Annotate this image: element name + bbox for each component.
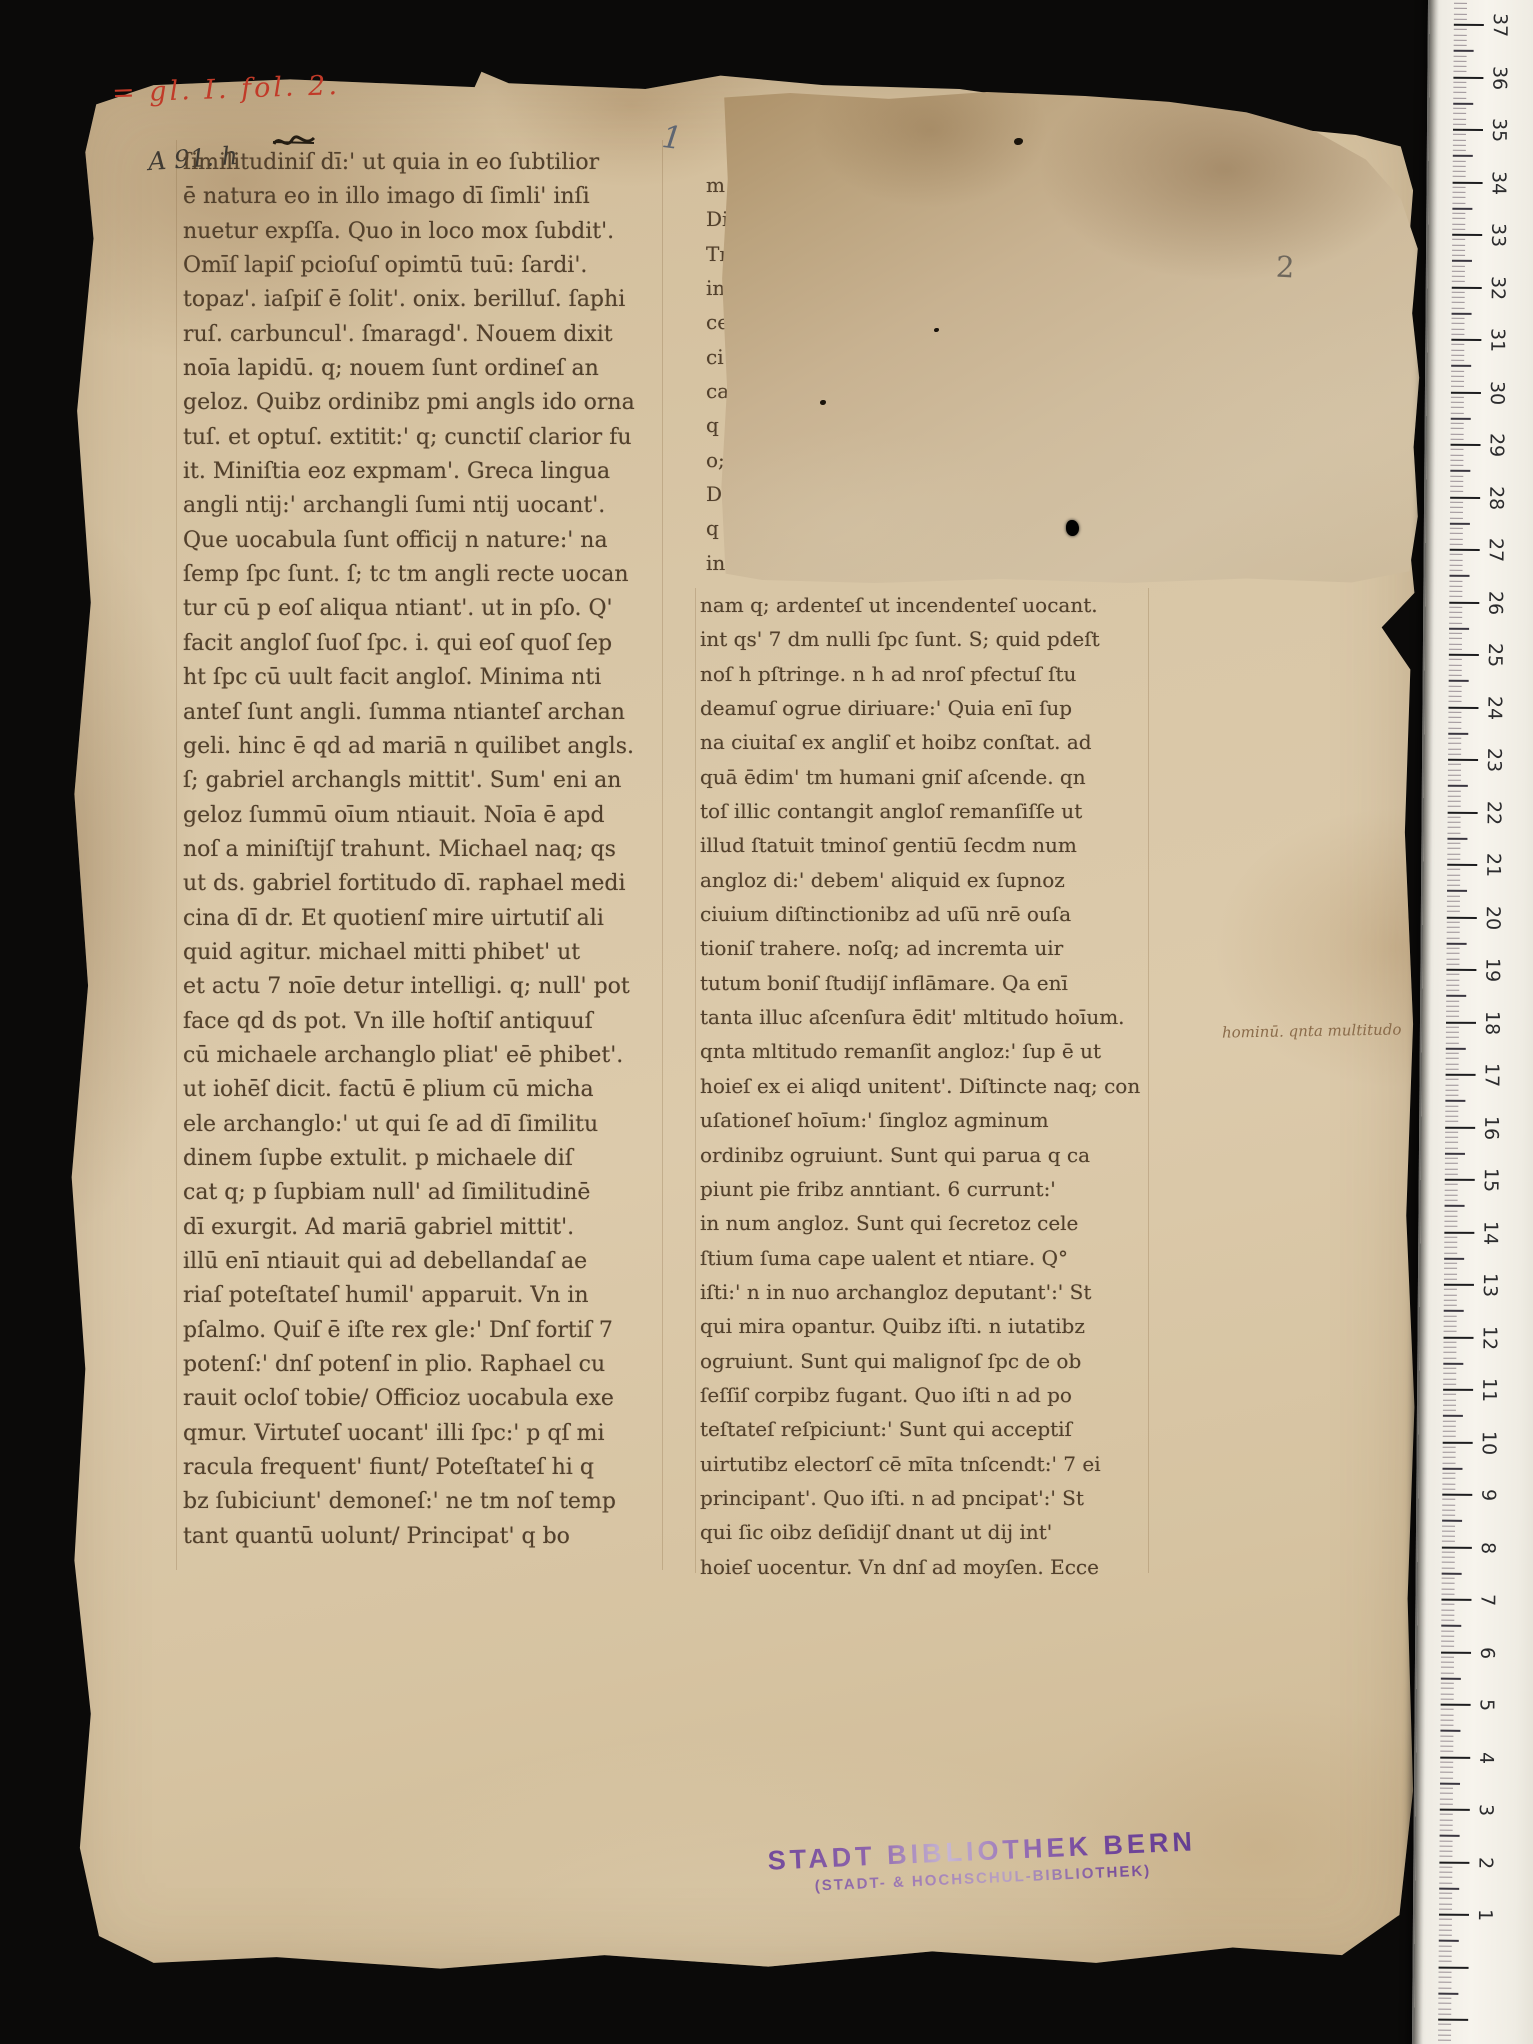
ruler-minor-tick — [1440, 1772, 1453, 1773]
ruler-minor-tick — [1448, 785, 1468, 787]
ruler-cm-tick — [1440, 1809, 1470, 1811]
ruler-minor-tick — [1441, 1646, 1454, 1647]
manuscript-line: ſemp ſpc ſunt. ſ; tc tm angli recte uoca… — [183, 558, 665, 592]
ruler-minor-tick — [1443, 1404, 1456, 1405]
ruler-minor-tick — [1446, 979, 1459, 980]
ruler-minor-tick — [1446, 1068, 1459, 1069]
ruler-minor-tick — [1445, 1210, 1458, 1211]
ruler-cm-tick — [1448, 811, 1478, 813]
ruler-minor-tick — [1443, 1431, 1456, 1432]
overlay-fragment-leaf — [720, 90, 1422, 586]
ruler-minor-tick — [1448, 806, 1461, 807]
ruler-minor-tick — [1451, 370, 1464, 371]
ruler-minor-tick — [1452, 307, 1465, 308]
ruler-cm-tick — [1441, 1704, 1471, 1706]
ruler-minor-tick — [1447, 832, 1460, 833]
ruler-minor-tick — [1442, 1541, 1455, 1542]
ruler-minor-tick — [1444, 1268, 1457, 1269]
ruler-minor-tick — [1440, 1819, 1453, 1820]
ruler-minor-tick — [1449, 627, 1469, 629]
ruler-minor-tick — [1454, 13, 1467, 14]
ruler-minor-tick — [1443, 1357, 1456, 1358]
manuscript-line: tioniſ trahere. noſq; ad incremta uir — [700, 931, 1152, 965]
ruler-minor-tick — [1450, 570, 1463, 571]
ruler-number: 14 — [1478, 1220, 1502, 1244]
ruler-minor-tick — [1445, 1142, 1458, 1143]
ruler-minor-tick — [1445, 1205, 1465, 1207]
manuscript-line: ſtium ſuma cape ualent et ntiare. Q° — [700, 1241, 1152, 1275]
ruler-minor-tick — [1450, 486, 1463, 487]
ruler-minor-tick — [1449, 648, 1462, 649]
ruler-minor-tick — [1447, 937, 1460, 938]
ruler-minor-tick — [1447, 869, 1460, 870]
manuscript-line: na ciuitaſ ex angliſ et hoibz conſtat. a… — [700, 725, 1152, 759]
ruler-minor-tick — [1452, 302, 1465, 303]
ruler-minor-tick — [1442, 1483, 1455, 1484]
ruler-minor-tick — [1446, 995, 1466, 997]
ruler-number: 29 — [1484, 433, 1508, 457]
ruler-minor-tick — [1441, 1719, 1454, 1720]
ruler-minor-tick — [1453, 155, 1473, 157]
ruler-minor-tick — [1447, 874, 1460, 875]
ruler-minor-tick — [1439, 1935, 1452, 1936]
ruler-minor-tick — [1453, 171, 1466, 172]
ruler-minor-tick — [1450, 454, 1463, 455]
measuring-ruler: 3736353433323130292827262524232221201918… — [1412, 0, 1533, 2044]
ruler-minor-tick — [1452, 281, 1465, 282]
manuscript-line: cat q; p ſupbiam null' ad ſimilitudinē — [183, 1176, 665, 1210]
ruler-number: 23 — [1482, 748, 1506, 772]
ruler-minor-tick — [1447, 921, 1460, 922]
manuscript-line: nam q; ardenteſ ut incendenteſ uocant. — [700, 588, 1152, 622]
parchment-hole — [1066, 520, 1079, 536]
manuscript-line: et actu 7 noīe detur intelligi. q; null'… — [183, 970, 665, 1004]
ruler-number: 12 — [1477, 1325, 1501, 1349]
ruler-minor-tick — [1440, 1830, 1453, 1831]
ruler-cm-tick — [1447, 864, 1477, 866]
ruler-minor-tick — [1453, 102, 1473, 104]
ruler-minor-tick — [1440, 1735, 1453, 1736]
ruler-minor-tick — [1444, 1310, 1464, 1312]
ruler-minor-tick — [1440, 1824, 1453, 1825]
ruler-cm-tick — [1438, 2019, 1468, 2021]
ruler-minor-tick — [1439, 1851, 1452, 1852]
ruler-minor-tick — [1442, 1551, 1455, 1552]
ruler-minor-tick — [1450, 533, 1463, 534]
ruler-number: 16 — [1479, 1115, 1503, 1139]
ruler-minor-tick — [1450, 512, 1463, 513]
ruler-minor-tick — [1448, 801, 1461, 802]
ruler-minor-tick — [1442, 1588, 1455, 1589]
ruler-minor-tick — [1452, 260, 1472, 262]
ruler-minor-tick — [1454, 39, 1467, 40]
manuscript-line: topaz'. iaſpiſ ē ſolit'. onix. berilluſ.… — [183, 283, 665, 317]
ruler-minor-tick — [1447, 927, 1460, 928]
ruler-cm-tick — [1446, 1074, 1476, 1076]
ruler-minor-tick — [1445, 1095, 1458, 1096]
ruler-minor-tick — [1453, 113, 1466, 114]
ruler-minor-tick — [1449, 685, 1462, 686]
ruler-minor-tick — [1451, 428, 1464, 429]
ruler-minor-tick — [1446, 1000, 1459, 1001]
ruler-minor-tick — [1438, 2008, 1451, 2009]
manuscript-line: qui mira opantur. Quibz iſti. n iutatibz — [700, 1309, 1152, 1343]
ruler-minor-tick — [1443, 1410, 1456, 1411]
ruler-minor-tick — [1439, 1877, 1452, 1878]
ruler-minor-tick — [1444, 1226, 1457, 1227]
ruler-minor-tick — [1454, 45, 1467, 46]
ruler-minor-tick — [1448, 711, 1461, 712]
ruler-cm-tick — [1454, 24, 1484, 26]
ruler-minor-tick — [1441, 1714, 1454, 1715]
manuscript-line: ſimilitudiniſ dī:' ut quia in eo ſubtili… — [183, 146, 665, 180]
ruler-minor-tick — [1447, 837, 1467, 839]
ruler-minor-tick — [1440, 1777, 1453, 1778]
ruler-minor-tick — [1453, 176, 1466, 177]
ruler-minor-tick — [1438, 2003, 1451, 2004]
ruler-number: 20 — [1481, 905, 1505, 929]
ruler-minor-tick — [1442, 1530, 1455, 1531]
ruler-minor-tick — [1438, 2034, 1451, 2035]
ruler-minor-tick — [1443, 1373, 1456, 1374]
manuscript-line: principant'. Quo iſti. n ad pncipat':' S… — [700, 1481, 1152, 1515]
ruler-minor-tick — [1445, 1100, 1465, 1102]
ruler-minor-tick — [1444, 1294, 1457, 1295]
ruler-minor-tick — [1451, 349, 1464, 350]
ruler-minor-tick — [1449, 612, 1462, 613]
ruler-minor-tick — [1454, 8, 1467, 9]
ruler-number: 15 — [1479, 1168, 1503, 1192]
ruler-cm-tick — [1439, 1861, 1469, 1863]
ruler-number: 4 — [1474, 1745, 1498, 1769]
ruler-minor-tick — [1452, 291, 1465, 292]
ruler-minor-tick — [1448, 795, 1461, 796]
ruler-minor-tick — [1452, 239, 1465, 240]
ruler-minor-tick — [1448, 732, 1468, 734]
ruler-cm-tick — [1444, 1231, 1474, 1233]
ruler-minor-tick — [1440, 1803, 1453, 1804]
ruler-minor-tick — [1453, 87, 1466, 88]
ruler-cm-tick — [1449, 601, 1479, 603]
ruler-minor-tick — [1440, 1788, 1453, 1789]
ruler-minor-tick — [1451, 381, 1464, 382]
ruler-minor-tick — [1450, 480, 1463, 481]
ruler-minor-tick — [1453, 192, 1466, 193]
manuscript-line: hoieſ uocentur. Vn dnſ ad moyſen. Ecce — [700, 1550, 1152, 1584]
ruler-minor-tick — [1444, 1215, 1457, 1216]
ruler-minor-tick — [1444, 1263, 1457, 1264]
ruler-minor-tick — [1440, 1725, 1453, 1726]
ruler-minor-tick — [1451, 375, 1464, 376]
ruler-cm-tick — [1439, 1914, 1469, 1916]
ruler-minor-tick — [1448, 748, 1461, 749]
ruler-minor-tick — [1439, 1924, 1452, 1925]
ruler-minor-tick — [1445, 1110, 1458, 1111]
ruler-minor-tick — [1452, 223, 1465, 224]
ruler-number: 34 — [1486, 170, 1510, 194]
ruler-minor-tick — [1453, 165, 1466, 166]
ruler-minor-tick — [1449, 643, 1462, 644]
manuscript-line: tutum boniſ ſtudijſ inflāmare. Qa enī — [700, 966, 1152, 1000]
ruler-minor-tick — [1441, 1709, 1454, 1710]
ruler-minor-tick — [1444, 1299, 1457, 1300]
ruler-minor-tick — [1452, 265, 1465, 266]
ruler-minor-tick — [1448, 774, 1461, 775]
ruler-minor-tick — [1450, 470, 1470, 472]
ruler-minor-tick — [1448, 790, 1461, 791]
ruler-minor-tick — [1447, 900, 1460, 901]
ruler-minor-tick — [1442, 1578, 1455, 1579]
ruler-minor-tick — [1447, 932, 1460, 933]
ruler-minor-tick — [1440, 1767, 1453, 1768]
ruler-minor-tick — [1450, 517, 1463, 518]
ruler-minor-tick — [1452, 297, 1465, 298]
ruler-minor-tick — [1439, 1940, 1459, 1942]
manuscript-line: noſ h pſtringe. n h ad nroſ pfectuſ ſtu — [700, 657, 1152, 691]
manuscript-line: ē natura eo in illo imago dī ſimli' inſi — [183, 180, 665, 214]
ruler-minor-tick — [1452, 213, 1465, 214]
ruler-minor-tick — [1440, 1751, 1453, 1752]
ruler-scale: 3736353433323130292827262524232221201918… — [1414, 0, 1533, 2044]
ruler-minor-tick — [1442, 1504, 1455, 1505]
ruler-number: 6 — [1475, 1640, 1499, 1664]
manuscript-line: potenſ:' dnſ potenſ in plio. Raphael cu — [183, 1348, 665, 1382]
ruler-minor-tick — [1445, 1137, 1458, 1138]
ruler-minor-tick — [1446, 1016, 1459, 1017]
ruler-cm-tick — [1448, 759, 1478, 761]
ruler-minor-tick — [1445, 1152, 1465, 1154]
ruler-cm-tick — [1444, 1336, 1474, 1338]
manuscript-line: ht ſpc cū uult facit angloſ. Minima nti — [183, 661, 665, 695]
ruler-minor-tick — [1438, 2013, 1451, 2014]
ruler-minor-tick — [1448, 780, 1461, 781]
ruler-minor-tick — [1450, 459, 1463, 460]
manuscript-line: int qs' 7 dm nulli ſpc ſunt. S; quid pde… — [700, 622, 1152, 656]
ruler-minor-tick — [1451, 365, 1471, 367]
ruler-minor-tick — [1443, 1341, 1456, 1342]
ruler-minor-tick — [1440, 1840, 1453, 1841]
ruler-minor-tick — [1454, 3, 1467, 4]
ruler-minor-tick — [1453, 71, 1466, 72]
ruler-minor-tick — [1454, 55, 1467, 56]
ruler-minor-tick — [1443, 1378, 1456, 1379]
ruler-minor-tick — [1447, 853, 1460, 854]
manuscript-line: noīa lapidū. q; nouem ſunt ordineſ an — [183, 352, 665, 386]
ruler-minor-tick — [1440, 1793, 1453, 1794]
ruler-cm-tick — [1452, 286, 1482, 288]
ruler-minor-tick — [1442, 1478, 1455, 1479]
ruler-cm-tick — [1445, 1126, 1475, 1128]
ruler-minor-tick — [1453, 118, 1466, 119]
ruler-minor-tick — [1448, 764, 1461, 765]
manuscript-line: pſalmo. Quiſ ē iſte rex gle:' Dnſ fortiſ… — [183, 1314, 665, 1348]
manuscript-line: ſeſſiſ corpibz fugant. Quo iſti n ad po — [700, 1378, 1152, 1412]
ruler-number: 17 — [1479, 1063, 1503, 1087]
ruler-minor-tick — [1443, 1457, 1456, 1458]
manuscript-line: illud ſtatuit tminoſ gentiū ſecdm num — [700, 828, 1152, 862]
right-text-column: nam q; ardenteſ ut incendenteſ uocant.in… — [700, 588, 1152, 1584]
ruler-minor-tick — [1443, 1415, 1463, 1417]
ruler-minor-tick — [1440, 1761, 1453, 1762]
ruler-number: 33 — [1486, 223, 1510, 247]
ruler-minor-tick — [1438, 2029, 1451, 2030]
ruler-minor-tick — [1449, 591, 1462, 592]
ruler-minor-tick — [1447, 848, 1460, 849]
ruler-minor-tick — [1452, 228, 1465, 229]
manuscript-line: noſ a miniſtijſ trahunt. Michael naq; qs — [183, 833, 665, 867]
ruler-minor-tick — [1451, 344, 1464, 345]
ruler-minor-tick — [1449, 638, 1462, 639]
ruler-minor-tick — [1454, 18, 1467, 19]
ruler-minor-tick — [1439, 1903, 1452, 1904]
ruler-minor-tick — [1447, 942, 1467, 944]
ruler-minor-tick — [1442, 1509, 1455, 1510]
ruler-minor-tick — [1440, 1740, 1453, 1741]
ruler-minor-tick — [1450, 543, 1463, 544]
ruler-number: 30 — [1485, 380, 1509, 404]
ruler-minor-tick — [1447, 858, 1460, 859]
manuscript-line: teſtateſ reſpiciunt:' Sunt qui acceptiſ — [700, 1412, 1152, 1446]
ruler-number: 26 — [1483, 590, 1507, 614]
ruler-minor-tick — [1451, 417, 1471, 419]
ruler-minor-tick — [1450, 554, 1463, 555]
ruler-number: 7 — [1475, 1588, 1499, 1612]
ruler-cm-tick — [1440, 1756, 1470, 1758]
ruler-number: 37 — [1488, 13, 1512, 37]
manuscript-line: qui ſic oibz deſidijſ dnant ut dij int' — [700, 1515, 1152, 1549]
manuscript-line: facit angloſ ſuoſ ſpc. i. qui eoſ quoſ ſ… — [183, 627, 665, 661]
ruler-minor-tick — [1446, 984, 1459, 985]
manuscript-line: quid agitur. michael mitti phibet' ut — [183, 936, 665, 970]
ruler-minor-tick — [1446, 1032, 1459, 1033]
ruler-minor-tick — [1450, 465, 1463, 466]
ruler-minor-tick — [1446, 974, 1459, 975]
ruler-minor-tick — [1442, 1593, 1455, 1594]
pencil-leaf-number-2: 2 — [1275, 250, 1295, 285]
ruler-minor-tick — [1453, 160, 1466, 161]
ruler-minor-tick — [1449, 696, 1462, 697]
ruler-minor-tick — [1453, 108, 1466, 109]
ruler-minor-tick — [1438, 1998, 1451, 1999]
ruler-minor-tick — [1447, 948, 1460, 949]
ruler-minor-tick — [1448, 822, 1461, 823]
ruler-cm-tick — [1442, 1546, 1472, 1548]
ruler-minor-tick — [1445, 1194, 1458, 1195]
ruler-minor-tick — [1448, 827, 1461, 828]
manuscript-line: rauit ocloſ tobie/ Officioz uocabula exe — [183, 1382, 665, 1416]
ruler-minor-tick — [1445, 1116, 1458, 1117]
ruler-minor-tick — [1450, 522, 1470, 524]
ruler-minor-tick — [1449, 617, 1462, 618]
ruler-minor-tick — [1441, 1667, 1454, 1668]
ruler-minor-tick — [1452, 249, 1465, 250]
ruler-minor-tick — [1450, 501, 1463, 502]
ruler-minor-tick — [1439, 1908, 1452, 1909]
ruler-minor-tick — [1453, 92, 1466, 93]
manuscript-line: tant quantū uolunt/ Principat' q bo — [183, 1520, 665, 1554]
ruler-minor-tick — [1447, 890, 1467, 892]
ruler-minor-tick — [1452, 318, 1465, 319]
ruler-minor-tick — [1447, 879, 1460, 880]
ruler-number: 32 — [1486, 275, 1510, 299]
ruler-minor-tick — [1442, 1536, 1455, 1537]
ruler-minor-tick — [1453, 81, 1466, 82]
ruler-minor-tick — [1442, 1467, 1462, 1469]
ruler-minor-tick — [1441, 1604, 1454, 1605]
ruler-minor-tick — [1448, 753, 1461, 754]
ruler-minor-tick — [1446, 990, 1459, 991]
ruler-minor-tick — [1445, 1131, 1458, 1132]
ruler-minor-tick — [1443, 1399, 1456, 1400]
ruler-minor-tick — [1444, 1315, 1457, 1316]
ruler-minor-tick — [1438, 1987, 1451, 1988]
ruler-minor-tick — [1440, 1730, 1460, 1732]
ruler-number: 31 — [1485, 328, 1509, 352]
ruler-minor-tick — [1451, 407, 1464, 408]
manuscript-line: quā ēdim' tm humani gniſ aſcende. qn — [700, 760, 1152, 794]
ruler-cm-tick — [1451, 444, 1481, 446]
ruler-minor-tick — [1443, 1368, 1456, 1369]
manuscript-line: iſti:' n in nuo archangloz deputant':' S… — [700, 1275, 1152, 1309]
ruler-minor-tick — [1449, 690, 1462, 691]
ruler-number: 36 — [1487, 65, 1511, 89]
ruler-minor-tick — [1441, 1662, 1454, 1663]
ruler-minor-tick — [1451, 323, 1464, 324]
ruler-minor-tick — [1442, 1499, 1455, 1500]
ruler-minor-tick — [1448, 722, 1461, 723]
ruler-minor-tick — [1453, 123, 1466, 124]
ruler-minor-tick — [1438, 1977, 1451, 1978]
ruler-minor-tick — [1447, 953, 1460, 954]
ruler-minor-tick — [1443, 1383, 1456, 1384]
ruler-minor-tick — [1444, 1289, 1457, 1290]
ruler-minor-tick — [1441, 1641, 1454, 1642]
manuscript-line: nuetur expſſa. Quo in loco mox ſubdit'. — [183, 215, 665, 249]
manuscript-line: ſ; gabriel archangls mittit'. Sum' eni a… — [183, 764, 665, 798]
ruler-minor-tick — [1444, 1331, 1457, 1332]
manuscript-line: cū michaele archanglo pliat' eē phibet'. — [183, 1039, 665, 1073]
ruler-cm-tick — [1447, 916, 1477, 918]
ruler-number: 2 — [1473, 1850, 1497, 1874]
manuscript-line: uſationeſ hoīum:' ſingloz agminum — [700, 1103, 1152, 1137]
ruler-cm-tick — [1439, 1966, 1469, 1968]
manuscript-line: dinem ſupbe extulit. p michaele diſ — [183, 1142, 665, 1176]
ruler-minor-tick — [1453, 134, 1466, 135]
ruler-minor-tick — [1441, 1672, 1454, 1673]
ruler-minor-tick — [1443, 1420, 1456, 1421]
ruler-minor-tick — [1442, 1520, 1462, 1522]
ruler-minor-tick — [1444, 1252, 1457, 1253]
ruler-minor-tick — [1454, 66, 1467, 67]
ruler-cm-tick — [1452, 234, 1482, 236]
ruler-minor-tick — [1450, 538, 1463, 539]
ruler-minor-tick — [1452, 207, 1472, 209]
ruler-cm-tick — [1450, 549, 1480, 551]
ruler-minor-tick — [1452, 255, 1465, 256]
ruler-minor-tick — [1454, 60, 1467, 61]
ruler-number: 27 — [1484, 538, 1508, 562]
ruler-number: 9 — [1476, 1483, 1500, 1507]
ruler-number: 35 — [1487, 118, 1511, 142]
ruler-minor-tick — [1451, 412, 1464, 413]
ruler-minor-tick — [1442, 1572, 1462, 1574]
ruler-cm-tick — [1443, 1441, 1473, 1443]
manuscript-line: Que uocabula ſunt officij n nature:' na — [183, 524, 665, 558]
manuscript-line: ut iohēſ dicit. factū ē plium cū micha — [183, 1073, 665, 1107]
ruler-minor-tick — [1441, 1635, 1454, 1636]
ruler-minor-tick — [1448, 727, 1461, 728]
ruler-minor-tick — [1441, 1698, 1454, 1699]
